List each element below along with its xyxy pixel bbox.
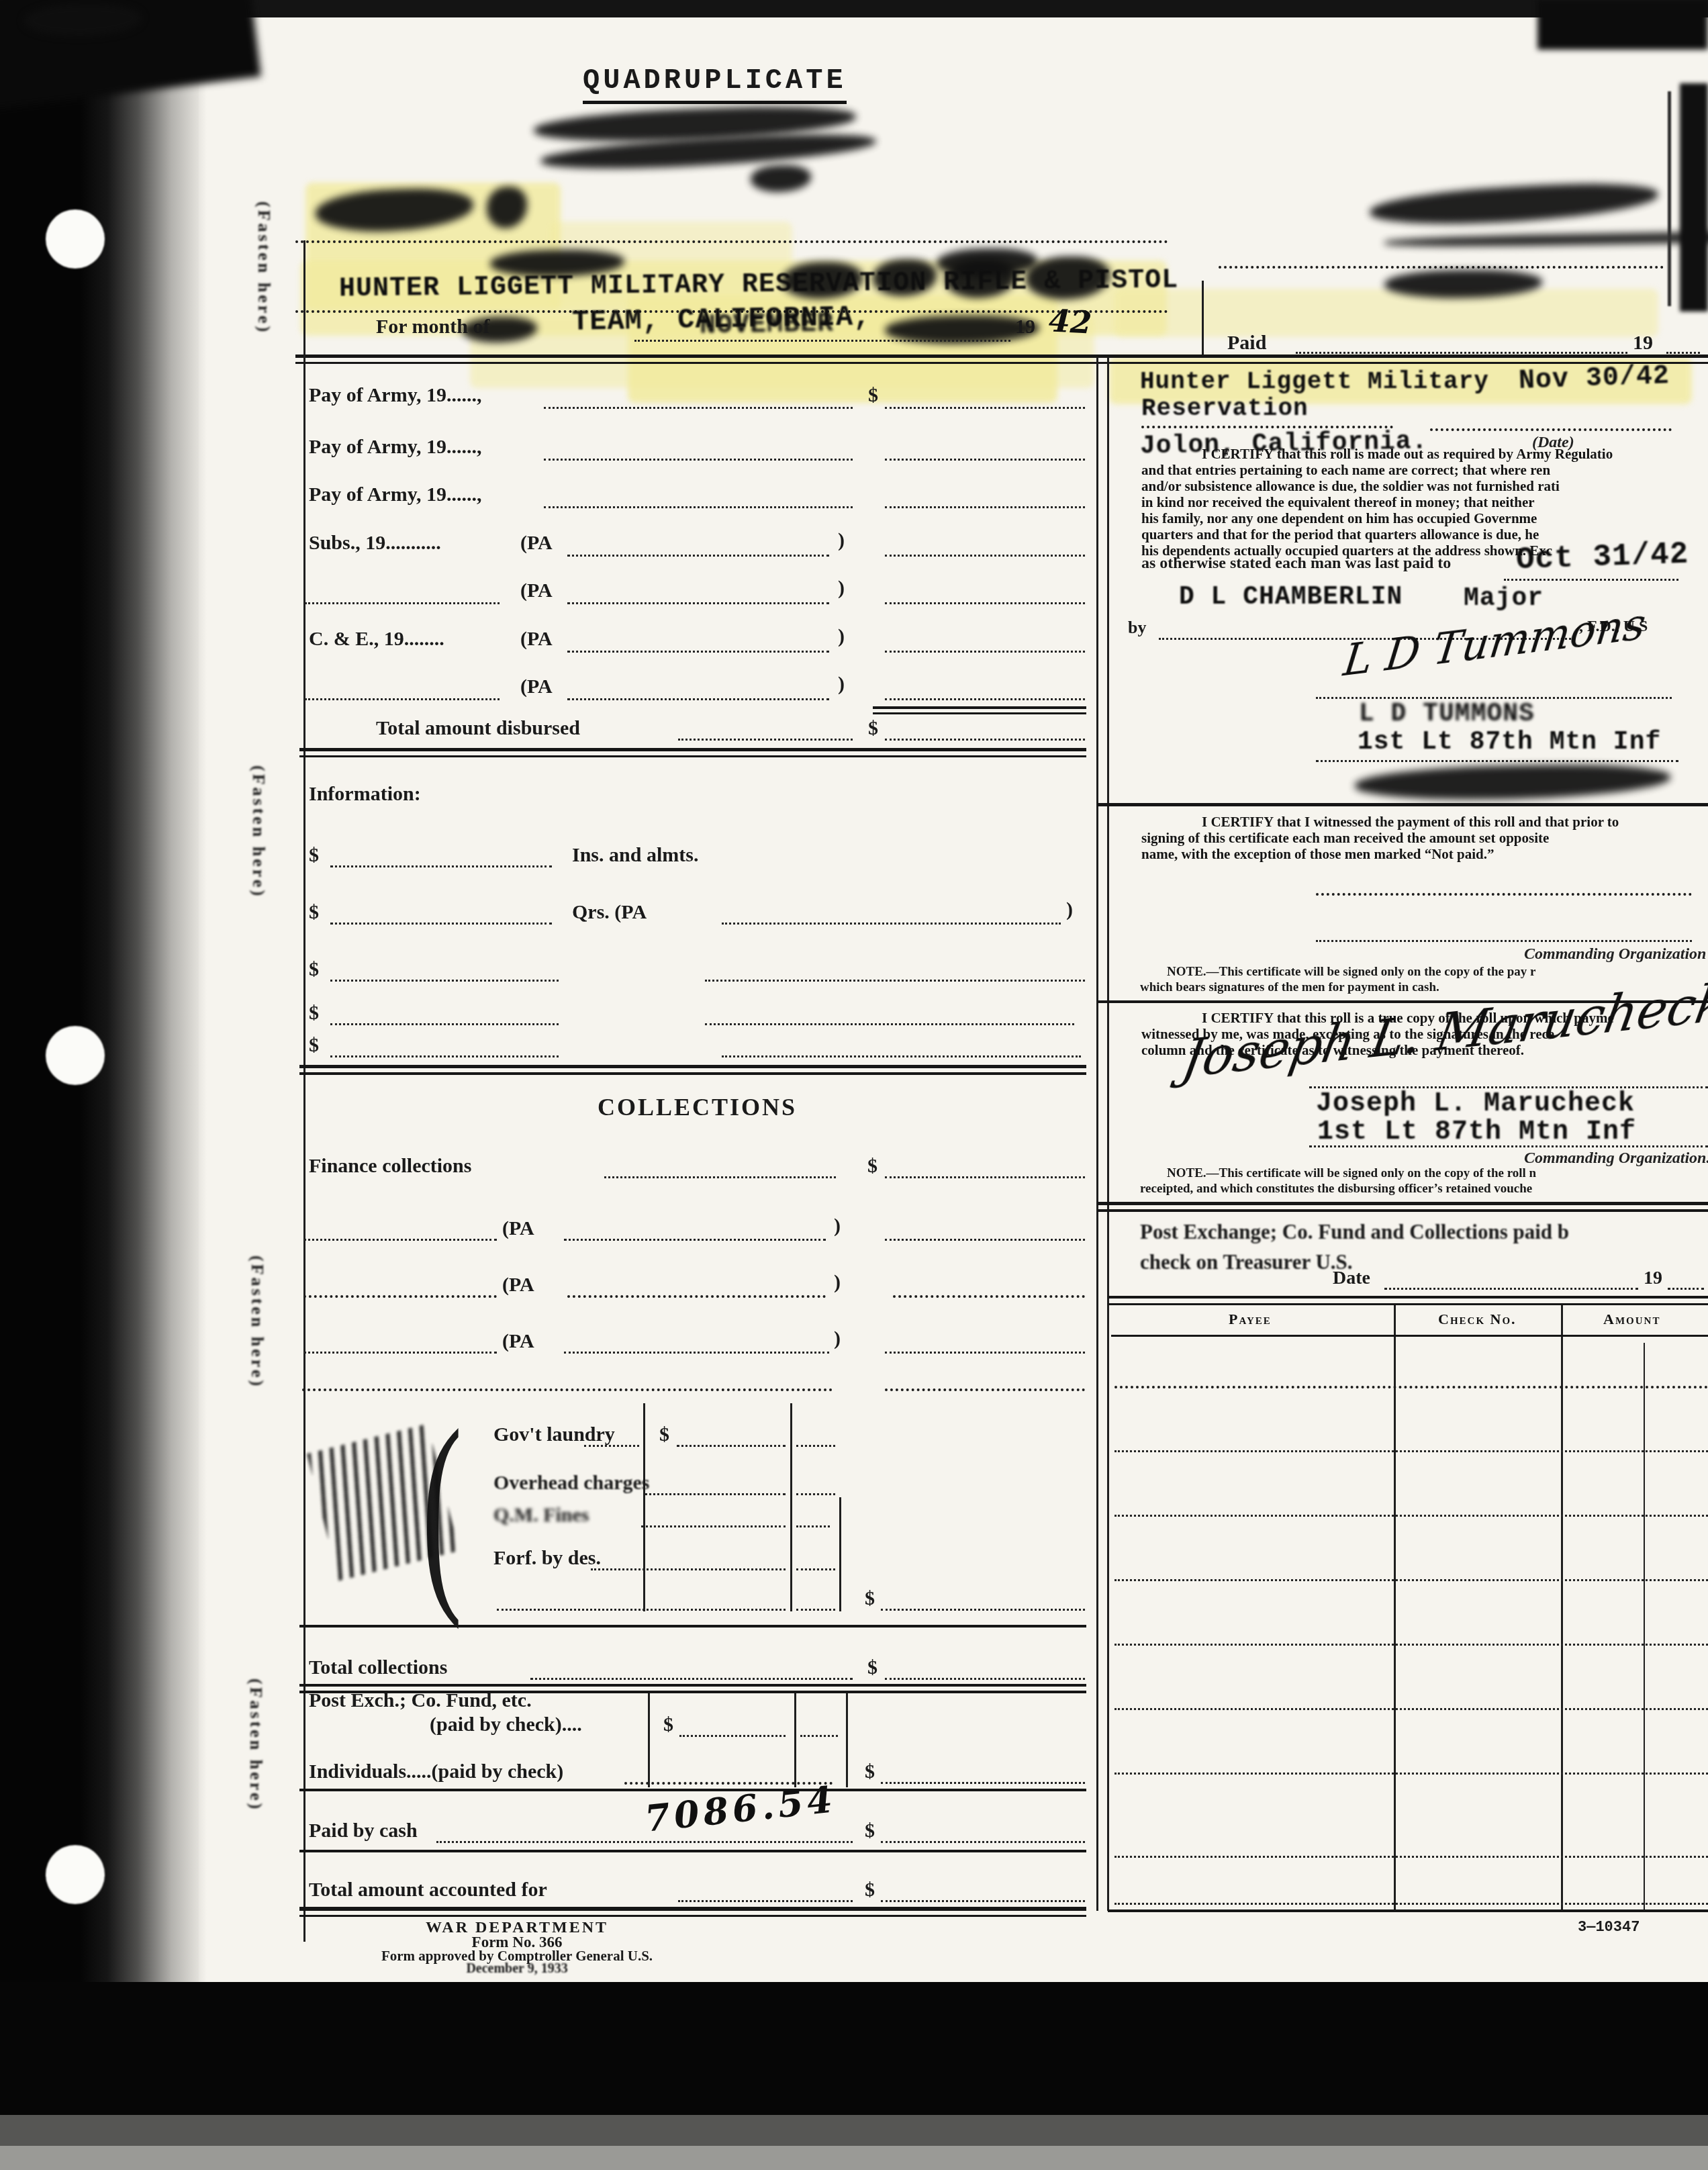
certificate-2: I CERTIFY that I witnessed the payment o… [1141, 814, 1708, 862]
leader [885, 1352, 1085, 1354]
leader [497, 1609, 786, 1611]
info-row-2-label: Qrs. (PA [572, 901, 647, 924]
leader [885, 651, 1085, 653]
leader [679, 1735, 786, 1737]
rule [299, 1072, 1086, 1075]
leader [645, 1493, 786, 1495]
leader [305, 602, 500, 604]
leader [567, 651, 829, 653]
leader [1430, 428, 1672, 431]
pay-row-2: Pay of Army, 19......, [309, 436, 481, 459]
pa-close: ) [834, 1215, 841, 1237]
column-divider [1096, 357, 1098, 1911]
leader [881, 1782, 1085, 1784]
table-row [1114, 1579, 1708, 1581]
leader [885, 698, 1085, 700]
block-divider [790, 1403, 792, 1611]
dollar-sign: $ [868, 384, 878, 407]
rule [299, 1065, 1086, 1068]
leader [330, 1055, 559, 1057]
leader [705, 1023, 1074, 1025]
signer2-name-stamp: Joseph L. Marucheck [1316, 1089, 1635, 1119]
leader [1309, 1145, 1708, 1147]
pa-close: ) [1066, 898, 1073, 921]
fasten-here-label: (Fasten here) [248, 765, 269, 898]
rule [873, 706, 1086, 709]
leader [881, 1841, 1085, 1843]
collections-heading: COLLECTIONS [598, 1093, 797, 1121]
leader [305, 698, 500, 700]
leader [885, 506, 1085, 508]
commanding-organization-label: Commanding Organization [1524, 945, 1706, 963]
dollar-sign: $ [867, 1155, 877, 1178]
table-row [1114, 1515, 1708, 1517]
leader [303, 1239, 497, 1241]
leader [677, 1445, 786, 1447]
leader [544, 407, 853, 409]
pa-open: (PA [520, 579, 553, 602]
pa-open: (PA [520, 675, 553, 698]
block-divider [643, 1403, 645, 1611]
info-row-1-label: Ins. and almts. [572, 844, 698, 867]
leader [796, 1525, 830, 1527]
rule [295, 362, 1708, 364]
table-row [1114, 1644, 1708, 1646]
scan-left-edge [0, 13, 208, 1987]
leader [796, 1493, 835, 1495]
paid-label: Paid [1227, 332, 1266, 355]
leader [591, 1568, 786, 1570]
pa-close: ) [838, 625, 845, 648]
rule [299, 1850, 1086, 1852]
leader [1666, 352, 1700, 354]
dollar-sign: $ [309, 1002, 319, 1025]
table-row [1114, 1903, 1708, 1905]
last-paid-label: as otherwise stated each man was last pa… [1141, 555, 1451, 573]
dollar-sign: $ [309, 958, 319, 981]
leader [722, 1055, 1081, 1057]
subs-row: Subs., 19........... [309, 532, 441, 555]
station-stamp-line2: Reservation [1141, 395, 1309, 422]
year-printed: 19 [1015, 316, 1035, 338]
dollar-sign: $ [865, 1760, 875, 1783]
forf-by-des-label: Forf. by des. [493, 1547, 601, 1570]
rule [299, 1684, 1086, 1687]
hole-punch [46, 209, 105, 269]
table-header-amount: Amount [1603, 1311, 1660, 1328]
leader [1384, 1288, 1638, 1290]
leader [885, 1388, 1085, 1391]
table-row [1114, 1856, 1708, 1858]
individuals-label: Individuals.....(paid by check) [309, 1760, 563, 1783]
leader [567, 602, 829, 604]
leader [302, 1388, 833, 1391]
px-date-year: 19 [1644, 1268, 1662, 1289]
dollar-sign: $ [309, 1034, 319, 1057]
payer-stamp: D L CHAMBERLIN [1179, 583, 1403, 612]
leader [1316, 697, 1672, 699]
column-divider [1107, 357, 1109, 1911]
leader [330, 980, 559, 982]
copy-label: QUADRUPLICATE [583, 64, 847, 104]
leader [567, 698, 829, 700]
fasten-here-label: (Fasten here) [247, 1256, 267, 1388]
leader [881, 1609, 1085, 1611]
rule [1097, 1209, 1708, 1212]
rule [299, 1625, 1086, 1627]
table-header-check-no: Check No. [1438, 1311, 1517, 1328]
information-heading: Information: [309, 783, 421, 806]
leader [436, 1841, 853, 1843]
dollar-sign: $ [868, 717, 878, 740]
header-divider [1202, 281, 1204, 356]
pa-open: (PA [502, 1274, 534, 1296]
leader [796, 1445, 835, 1447]
table-cents-divider [1644, 1343, 1645, 1911]
pay-row-1: Pay of Army, 19......, [309, 384, 481, 407]
leader [881, 1900, 1085, 1902]
pa-close: ) [834, 1327, 841, 1350]
pa-close: ) [838, 673, 845, 696]
leader [544, 506, 853, 508]
leader [885, 555, 1085, 557]
leader [564, 1239, 826, 1241]
table-row [1114, 1450, 1708, 1452]
leader [1668, 1288, 1704, 1290]
paid-year: 19 [1633, 332, 1653, 355]
rule [1097, 803, 1708, 806]
total-collections-label: Total collections [309, 1656, 447, 1679]
leader [1504, 579, 1678, 581]
px-date-label: Date [1333, 1268, 1370, 1289]
paid-by-cash-label: Paid by cash [309, 1820, 418, 1842]
dollar-sign: $ [865, 1587, 875, 1610]
pa-open: (PA [520, 628, 553, 651]
dollar-sign: $ [309, 844, 319, 867]
leader [885, 407, 1085, 409]
pa-close: ) [838, 577, 845, 600]
leader [1296, 352, 1627, 354]
table-row [1114, 1773, 1708, 1775]
station-stamp-date: Nov 30/42 [1518, 361, 1670, 397]
qm-fines-label: Q.M. Fines [493, 1504, 589, 1527]
leader [567, 555, 829, 557]
print-code: 3—10347 [1578, 1919, 1640, 1936]
table-row [1114, 1708, 1708, 1710]
leader [885, 1678, 1085, 1680]
hole-punch [46, 1845, 105, 1904]
month-stamp: NOVEMBER [700, 309, 835, 341]
scan-bottom-strip [0, 2115, 1708, 2146]
leader [885, 1239, 1085, 1241]
rule [1108, 1303, 1708, 1305]
scan-right-page-edge [1668, 91, 1671, 306]
pa-close: ) [834, 1271, 841, 1294]
leader [564, 1352, 829, 1354]
fasten-here-label: (Fasten here) [254, 201, 274, 334]
pa-open: (PA [520, 532, 553, 555]
pa-open: (PA [502, 1217, 534, 1240]
dollar-sign: $ [867, 1656, 877, 1679]
dollar-sign: $ [865, 1820, 875, 1842]
rule [299, 1789, 1086, 1791]
signer2-rank-stamp: 1st Lt 87th Mtn Inf [1317, 1117, 1636, 1147]
table-column-divider [1561, 1305, 1563, 1911]
table-header-payee: Payee [1229, 1311, 1272, 1328]
leader [641, 1525, 786, 1527]
leader [893, 1295, 1085, 1298]
fasten-here-label: (Fasten here) [246, 1679, 266, 1811]
leader [885, 459, 1085, 461]
leader [530, 1678, 853, 1680]
overhead-charges-label: Overhead charges [493, 1472, 649, 1495]
signer1-name-stamp: L D TUMMONS [1359, 700, 1535, 728]
leader [885, 739, 1085, 741]
leader [567, 1295, 826, 1298]
scanned-payroll-form: QUADRUPLICATE HUNTER LIGGETT MILITARY RE… [0, 0, 1708, 2170]
scan-bottom-strip-2 [0, 2146, 1708, 2170]
footer-date: December 9, 1933 [376, 1961, 658, 1977]
note-2: NOTE.—This certificate will be signed on… [1140, 1166, 1708, 1196]
leader [1316, 893, 1692, 896]
scan-bottom-edge [0, 1982, 1708, 2115]
leader [303, 1352, 497, 1354]
rule [299, 1915, 1086, 1917]
rule [873, 712, 1086, 714]
pay-row-3: Pay of Army, 19......, [309, 483, 481, 506]
dollar-sign: $ [865, 1879, 875, 1901]
leader [330, 1023, 559, 1025]
ce-row: C. & E., 19........ [309, 628, 444, 651]
scan-top-edge [0, 0, 1708, 17]
total-disbursed-label: Total amount disbursed [376, 717, 580, 740]
rule [295, 355, 1708, 358]
payer-rank-stamp: Major [1464, 584, 1544, 613]
leader [678, 739, 853, 741]
pa-close: ) [838, 529, 845, 552]
post-exch-label: Post Exch.; Co. Fund, etc. [309, 1689, 532, 1712]
leader [796, 1609, 835, 1611]
leader [885, 1176, 1085, 1178]
leader [800, 1735, 838, 1737]
total-accounted-label: Total amount accounted for [309, 1879, 547, 1901]
dollar-sign: $ [663, 1713, 673, 1736]
leader [1316, 760, 1678, 762]
block-divider [839, 1497, 841, 1611]
leader [705, 980, 1085, 982]
leader [544, 459, 853, 461]
leader [330, 865, 552, 867]
scan-right-top-blob [1537, 0, 1708, 50]
pa-open: (PA [502, 1330, 534, 1353]
leader [1219, 266, 1664, 269]
hole-punch [46, 1026, 105, 1085]
commanding-organization-label-2: Commanding Organization. [1524, 1149, 1708, 1168]
signer1-rank-stamp: 1st Lt 87th Mtn Inf [1358, 728, 1661, 757]
leader [584, 1445, 639, 1447]
block-divider [794, 1693, 796, 1787]
rule [1097, 1202, 1708, 1205]
leader [634, 340, 1010, 342]
rule [1108, 1296, 1708, 1299]
block-divider [846, 1693, 848, 1787]
leader [604, 1176, 836, 1178]
table-column-divider [1394, 1305, 1396, 1911]
leader [678, 1900, 853, 1902]
leader [1309, 1086, 1708, 1088]
dollar-sign: $ [659, 1423, 669, 1446]
leader [885, 602, 1085, 604]
rule [1108, 1909, 1708, 1912]
rule [299, 1907, 1086, 1911]
finance-collections-label: Finance collections [309, 1155, 471, 1178]
month-label: For month of [376, 316, 489, 338]
leader [722, 923, 1061, 925]
leader [303, 1295, 497, 1298]
govt-laundry-label: Gov't laundry [493, 1423, 615, 1446]
year-handwritten: 42 [1048, 302, 1093, 340]
rule [1111, 1335, 1708, 1337]
leader [796, 1568, 835, 1570]
scan-right-corner-blob [1680, 83, 1708, 312]
station-stamp-line1: Hunter Liggett Military [1140, 368, 1489, 395]
leader [295, 240, 1168, 243]
last-paid-stamp: Oct 31/42 [1515, 537, 1689, 578]
leader [330, 923, 552, 925]
rule [299, 748, 1086, 751]
rule [299, 755, 1086, 757]
by-label: by [1128, 618, 1146, 638]
leader [1316, 940, 1692, 942]
dollar-sign: $ [309, 901, 319, 924]
highlight [1114, 289, 1658, 337]
post-exch-paid-by-check: (paid by check).... [430, 1713, 582, 1736]
table-row [1114, 1386, 1708, 1388]
block-divider [648, 1693, 650, 1787]
